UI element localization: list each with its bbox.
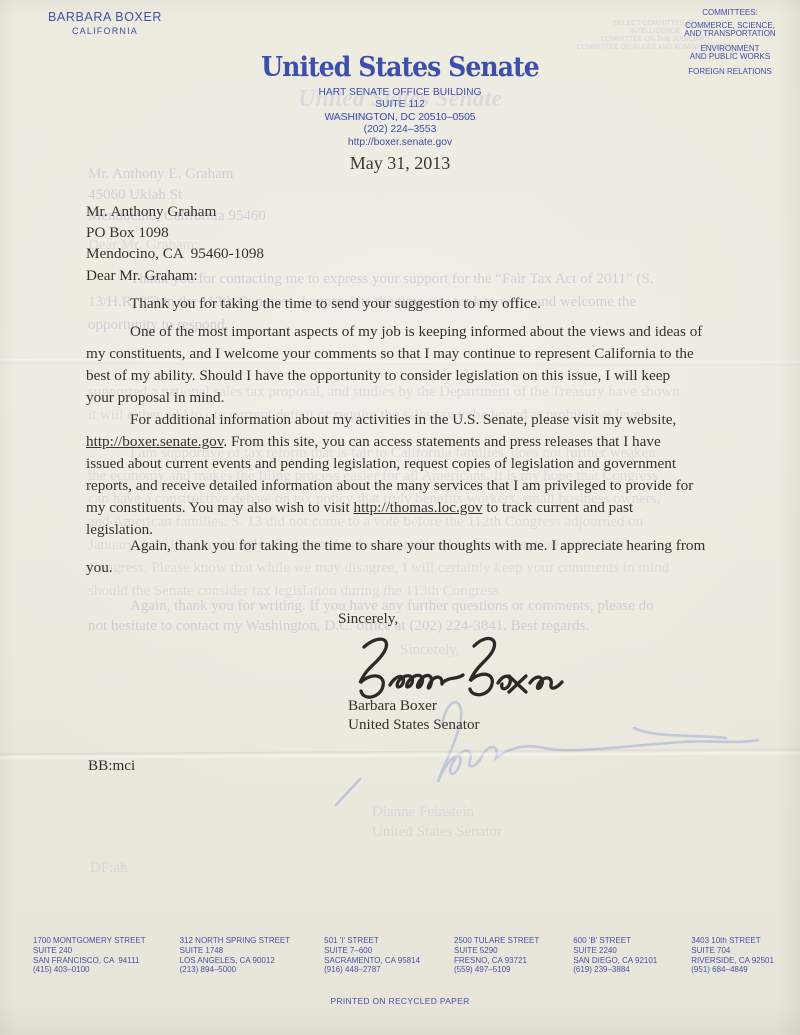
committee-group: COMMERCE, SCIENCE,AND TRANSPORTATION xyxy=(666,22,794,39)
paragraph-line: One of the most important aspects of my … xyxy=(86,323,702,345)
reference-initials: BB:mci xyxy=(88,757,135,779)
office-address: 1700 MONTGOMERY STREETSUITE 240SAN FRANC… xyxy=(33,936,146,975)
scanned-letter-page: SELECT COMMITTEE ONINTELLIGENCECOMMITTEE… xyxy=(0,0,800,1035)
paragraph-line: reports, and receive detailed informatio… xyxy=(86,477,693,499)
office-address-line: (916) 448–2787 xyxy=(324,965,420,975)
letterhead-address-line: (202) 224–3553 xyxy=(0,124,800,136)
office-address-line: FRESNO, CA 93721 xyxy=(454,956,539,966)
paragraph-line: your proposal in mind. xyxy=(86,389,702,411)
paragraph-line: Again, thank you for taking the time to … xyxy=(86,537,705,559)
office-address-line: RIVERSIDE, CA 92501 xyxy=(691,956,774,966)
office-address-line: 600 'B' STREET xyxy=(573,936,657,946)
paragraph-line: issued about current events and pending … xyxy=(86,455,693,477)
paragraph-line: http://boxer.senate.gov. From this site,… xyxy=(86,433,693,455)
paragraph-3: For additional information about my acti… xyxy=(86,411,693,543)
office-address-line: SAN DIEGO, CA 92101 xyxy=(573,956,657,966)
office-address-line: SACRAMENTO, CA 95814 xyxy=(324,956,420,966)
office-address: 501 'I' STREETSUITE 7–600SACRAMENTO, CA … xyxy=(324,936,420,975)
office-address-line: 2500 TULARE STREET xyxy=(454,936,539,946)
paragraph-2: One of the most important aspects of my … xyxy=(86,323,702,411)
office-address-line: SAN FRANCISCO, CA 94111 xyxy=(33,956,146,966)
office-address-line: SUITE 240 xyxy=(33,946,146,956)
recipient-line: Mendocino, CA 95460-1098 xyxy=(86,245,264,266)
recycled-paper-note: PRINTED ON RECYCLED PAPER xyxy=(0,996,800,1006)
paragraph-text: . From this site, you can access stateme… xyxy=(223,433,660,450)
office-address: 600 'B' STREETSUITE 2240SAN DIEGO, CA 92… xyxy=(573,936,657,975)
office-address: 312 NORTH SPRING STREETSUITE 1748LOS ANG… xyxy=(180,936,291,975)
paragraph-line: you. xyxy=(86,559,705,581)
sender-name: BARBARA BOXER xyxy=(30,10,180,24)
paragraph-line: best of my ability. Should I have the op… xyxy=(86,367,702,389)
office-address-line: SUITE 2240 xyxy=(573,946,657,956)
paragraph-text: to track current and past xyxy=(483,499,634,516)
committees-title: COMMITTEES: xyxy=(666,9,794,18)
letter-content: BARBARA BOXER CALIFORNIA COMMITTEES: COM… xyxy=(0,0,800,1035)
office-address-line: 3403 10th STREET xyxy=(691,936,774,946)
office-address: 2500 TULARE STREETSUITE 5290FRESNO, CA 9… xyxy=(454,936,539,975)
paragraph-line: For additional information about my acti… xyxy=(86,411,693,433)
paragraph-text: my constituents. You may also wish to vi… xyxy=(86,499,354,516)
reference-text: BB:mci xyxy=(88,757,135,779)
letterhead: United States Senate HART SENATE OFFICE … xyxy=(0,52,800,149)
recipient-line: Mr. Anthony Graham xyxy=(86,203,264,224)
letterhead-address: HART SENATE OFFICE BUILDINGSUITE 112WASH… xyxy=(0,87,800,149)
letterhead-address-line: SUITE 112 xyxy=(0,99,800,111)
letterhead-address-line: http://boxer.senate.gov xyxy=(0,137,800,149)
office-address-line: (415) 403–0100 xyxy=(33,965,146,975)
thomas-loc-url: http://thomas.loc.gov xyxy=(354,499,483,516)
letterhead-title: United States Senate xyxy=(28,52,772,83)
office-address-line: (559) 497–5109 xyxy=(454,965,539,975)
office-address: 3403 10th STREETSUITE 704RIVERSIDE, CA 9… xyxy=(691,936,774,975)
closing-sincerely: Sincerely, xyxy=(338,610,398,632)
office-address-line: 312 NORTH SPRING STREET xyxy=(180,936,291,946)
recipient-address: Mr. Anthony GrahamPO Box 1098Mendocino, … xyxy=(86,203,264,266)
recipient-line: PO Box 1098 xyxy=(86,224,264,245)
paragraph-line: my constituents, and I welcome your comm… xyxy=(86,345,702,367)
office-address-line: SUITE 704 xyxy=(691,946,774,956)
office-address-line: 501 'I' STREET xyxy=(324,936,420,946)
closing-text: Sincerely, xyxy=(338,610,398,632)
paragraph-line: my constituents. You may also wish to vi… xyxy=(86,499,693,521)
office-address-line: 1700 MONTGOMERY STREET xyxy=(33,936,146,946)
signature-barbara-boxer xyxy=(336,631,564,705)
office-address-line: SUITE 5290 xyxy=(454,946,539,956)
sender-block: BARBARA BOXER CALIFORNIA xyxy=(30,10,180,36)
office-address-line: (951) 684–4849 xyxy=(691,965,774,975)
office-address-line: (619) 239–3884 xyxy=(573,965,657,975)
paragraph-4: Again, thank you for taking the time to … xyxy=(86,537,705,581)
salutation: Dear Mr. Graham: xyxy=(86,267,198,289)
committee-name-line: AND TRANSPORTATION xyxy=(666,30,794,39)
office-address-line: LOS ANGELES, CA 90012 xyxy=(180,956,291,966)
letterhead-address-line: HART SENATE OFFICE BUILDING xyxy=(0,87,800,99)
district-offices-footer: 1700 MONTGOMERY STREETSUITE 240SAN FRANC… xyxy=(33,936,774,975)
office-address-line: SUITE 1748 xyxy=(180,946,291,956)
letter-date: May 31, 2013 xyxy=(0,153,800,174)
office-address-line: SUITE 7–600 xyxy=(324,946,420,956)
office-address-line: (213) 894–5000 xyxy=(180,965,291,975)
boxer-senate-url: http://boxer.senate.gov xyxy=(86,433,223,450)
paragraph-1: Thank you for taking the time to send yo… xyxy=(86,295,541,317)
letterhead-address-line: WASHINGTON, DC 20510–0505 xyxy=(0,112,800,124)
paragraph-line: Thank you for taking the time to send yo… xyxy=(86,295,541,317)
salutation-text: Dear Mr. Graham: xyxy=(86,267,198,289)
sender-state: CALIFORNIA xyxy=(30,26,180,36)
typed-title: United States Senator xyxy=(348,716,480,735)
